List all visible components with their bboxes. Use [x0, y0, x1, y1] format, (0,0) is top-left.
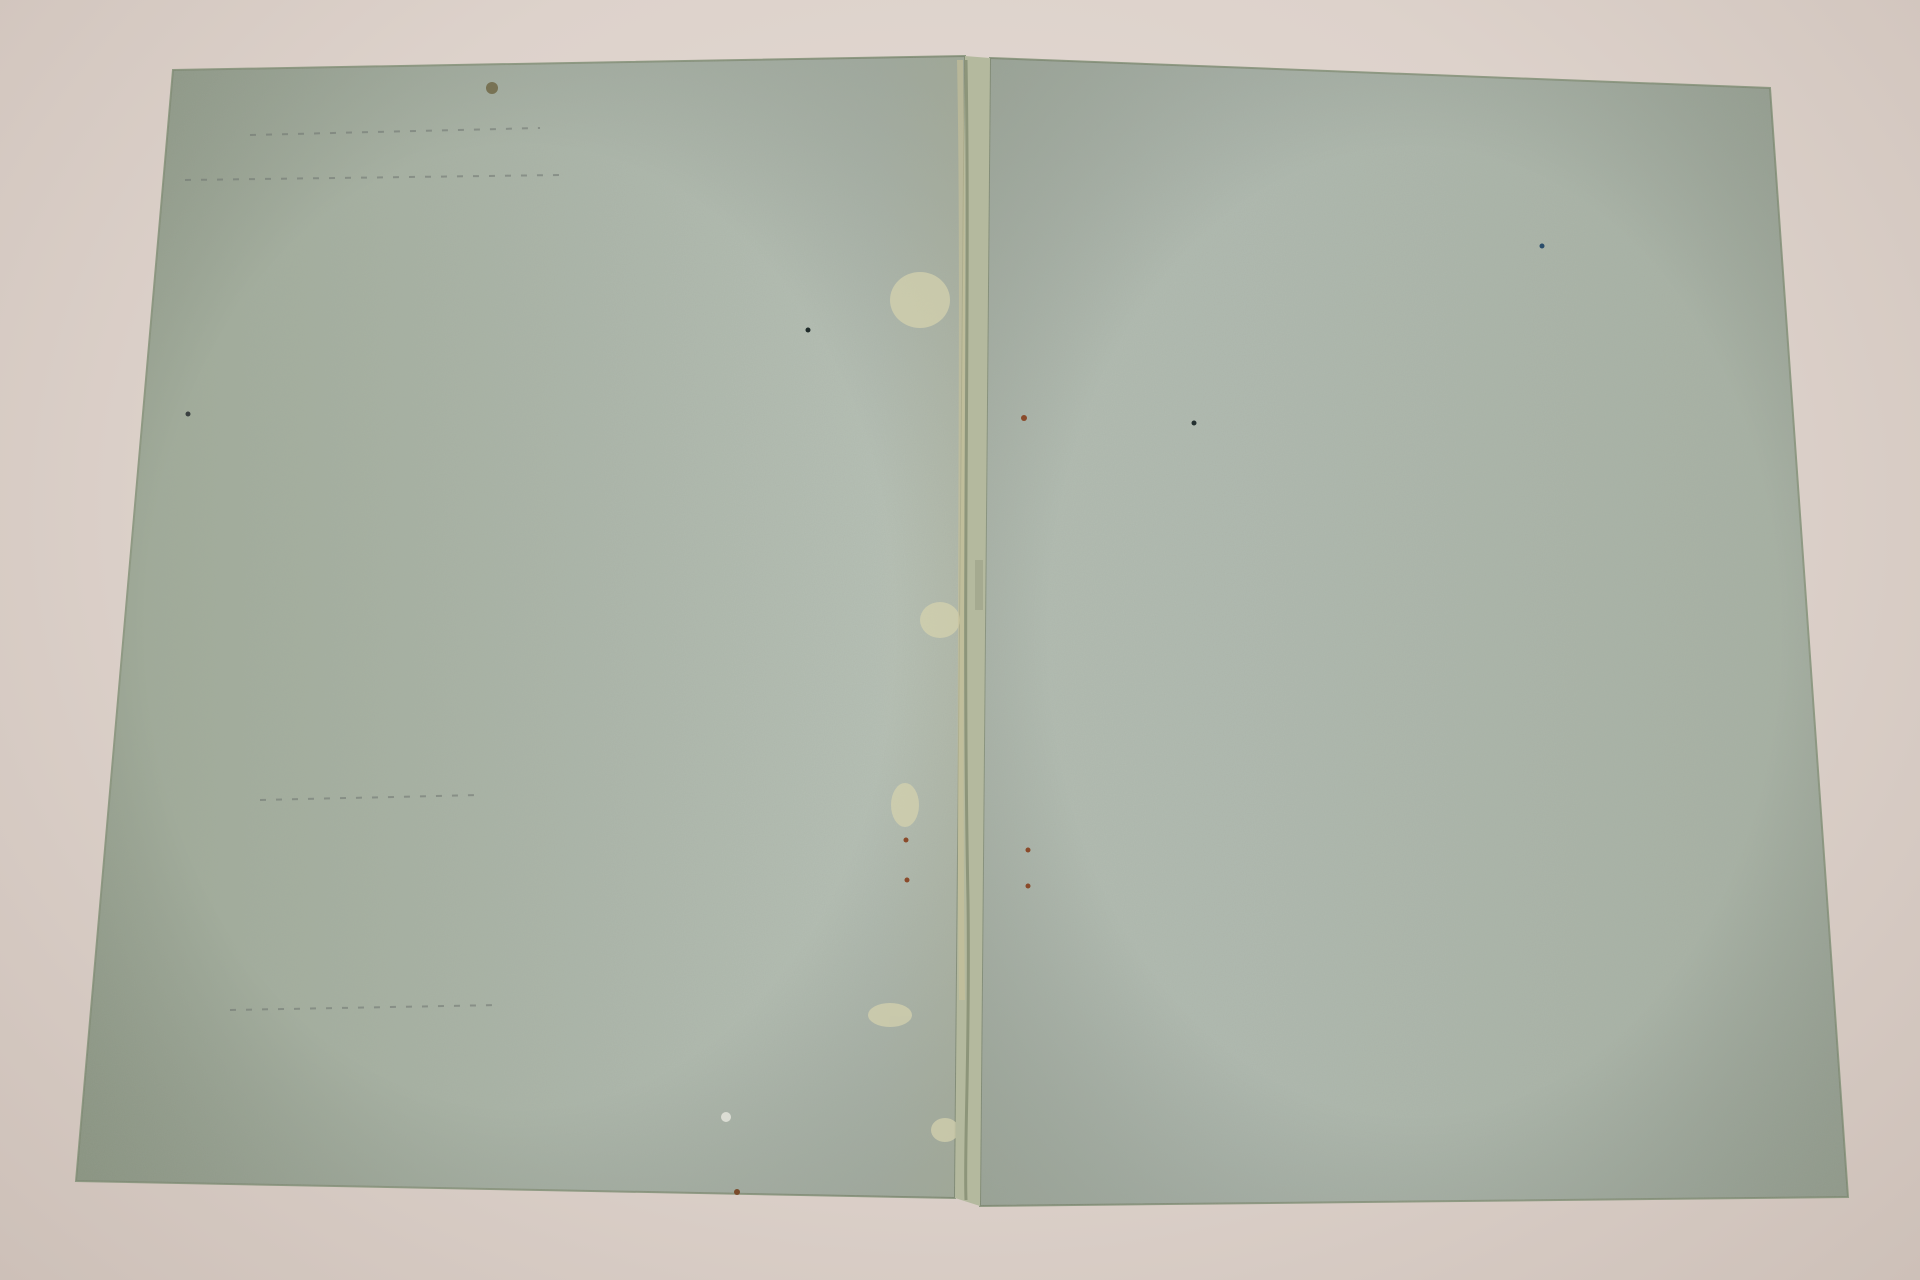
left-cover-panel [76, 56, 965, 1198]
spine-tape-mark [975, 560, 983, 610]
ink-dot [806, 328, 811, 333]
book-cover-photo: Photograph of an old unfolded blank book… [0, 0, 1920, 1280]
stain-spot [486, 82, 498, 94]
book-cover-illustration [0, 0, 1920, 1280]
ink-dot [186, 412, 191, 417]
ink-dot [1192, 421, 1197, 426]
rust-dot [734, 1189, 740, 1195]
right-cover-panel [980, 58, 1848, 1206]
ink-dot [1540, 244, 1545, 249]
